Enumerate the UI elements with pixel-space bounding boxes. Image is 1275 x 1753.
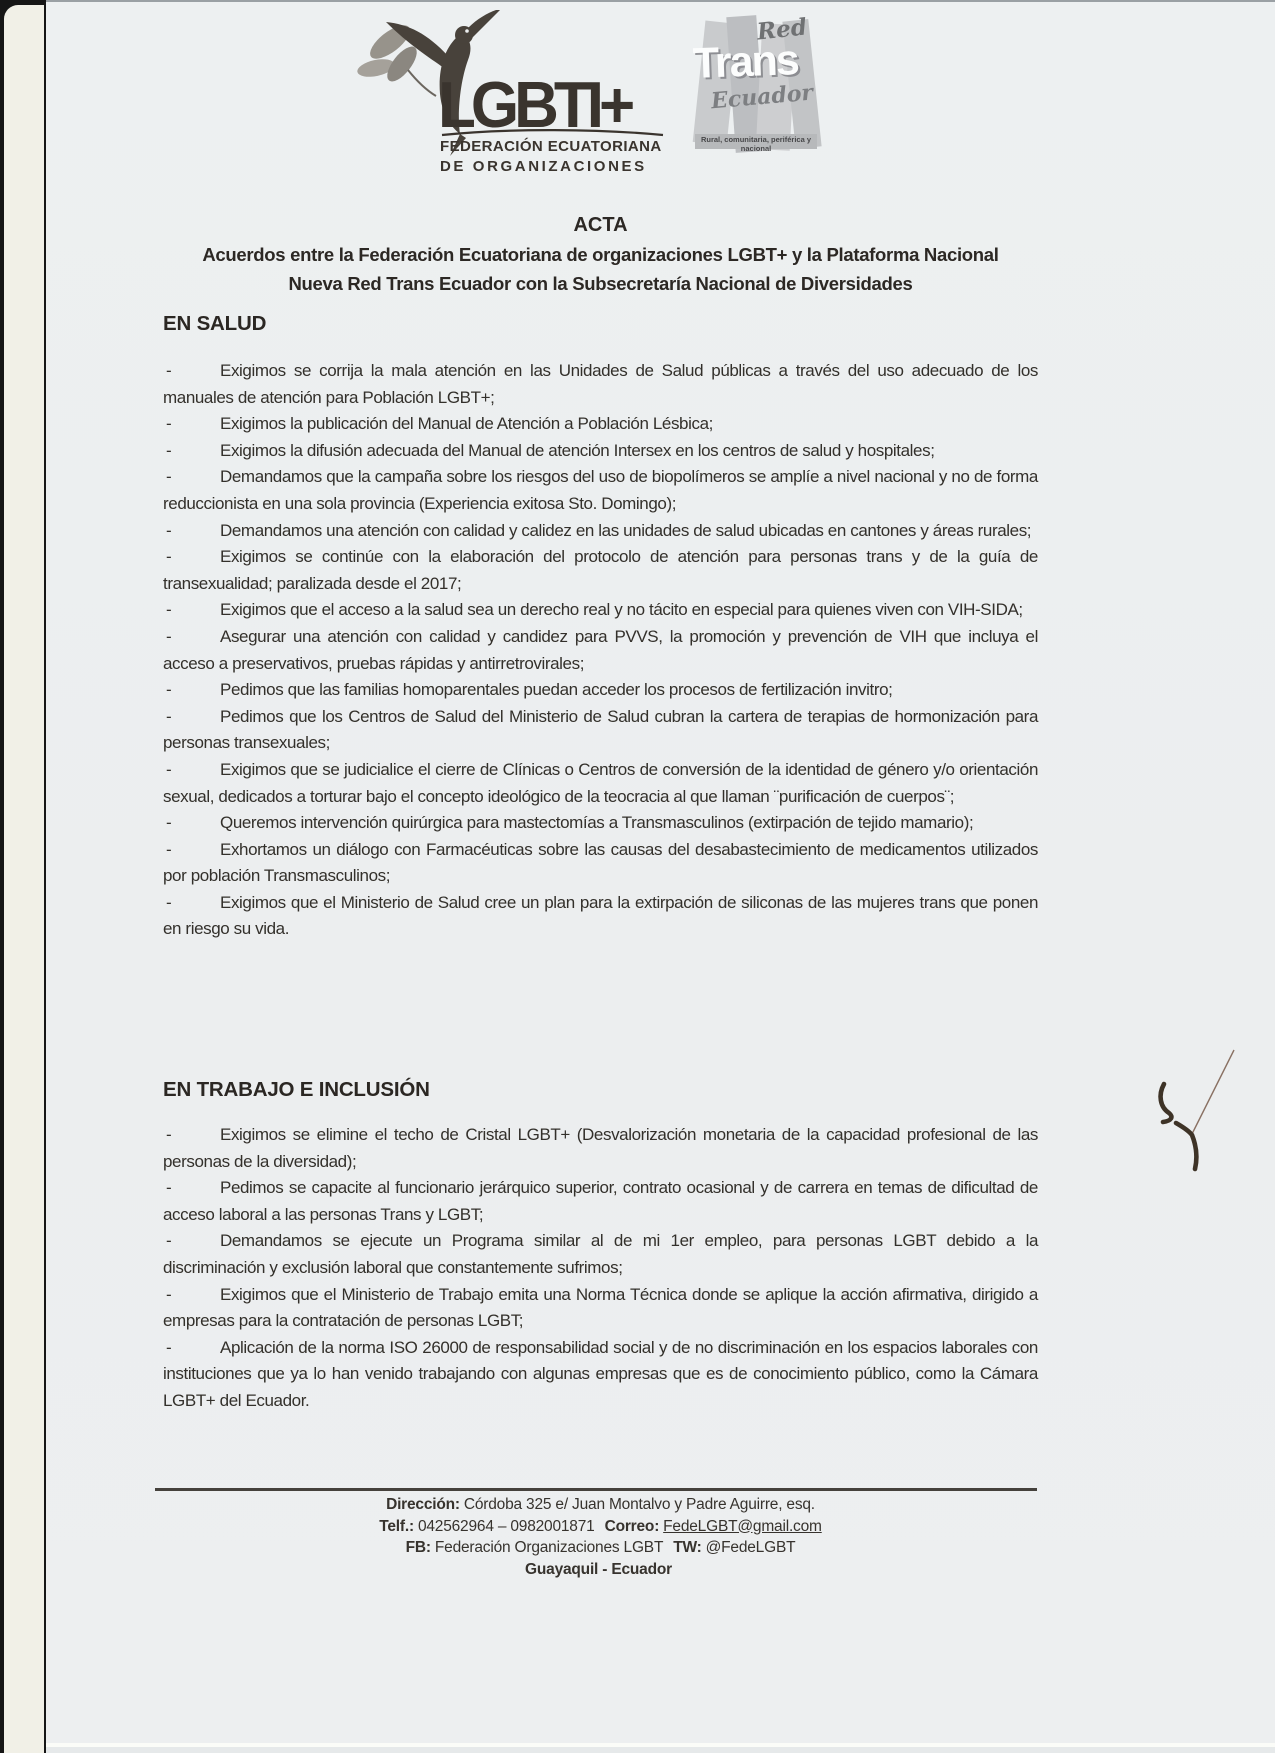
bullet-dash: - [166,890,171,917]
bullet-dash: - [166,438,171,465]
federation-logo: LGBTI+ FEDERACIÓN ECUATORIANA DE ORGANIZ… [350,8,680,188]
list-item: -Exigimos se corrija la mala atención en… [163,358,1038,411]
bullet-dash: - [166,358,171,385]
list-item-text: Demandamos que la campaña sobre los ries… [163,467,1038,513]
address-value: Córdoba 325 e/ Juan Montalvo y Padre Agu… [464,1496,815,1513]
fb-value: Federación Organizaciones LGBT [435,1539,663,1556]
list-item-text: Exigimos la publicación del Manual de At… [220,414,713,433]
bullet-dash: - [166,757,171,784]
logo-org-line2: DE ORGANIZACIONES [440,158,647,175]
list-item-text: Exigimos la difusión adecuada del Manual… [220,441,935,460]
bullet-dash: - [166,464,171,491]
bullet-dash: - [166,1175,171,1202]
list-item: -Exigimos que el Ministerio de Salud cre… [163,890,1038,943]
email-label: Correo: [605,1518,660,1535]
footer-address-line: Dirección:Córdoba 325 e/ Juan Montalvo y… [163,1494,1038,1516]
title-block: ACTA Acuerdos entre la Federación Ecuato… [163,210,1038,298]
bullet-dash: - [166,677,171,704]
footer-city: Guayaquil - Ecuador [163,1559,1034,1581]
list-item-text: Exigimos que el Ministerio de Salud cree… [163,893,1038,939]
document-subtitle-line2: Nueva Red Trans Ecuador con la Subsecret… [163,269,1038,298]
list-item-text: Exigimos se corrija la mala atención en … [163,361,1038,407]
handwritten-pen-mark [1133,1038,1273,1188]
document-subtitle-line1: Acuerdos entre la Federación Ecuatoriana… [163,240,1038,269]
list-item: -Exhortamos un diálogo con Farmacéuticas… [163,837,1038,890]
bullet-dash: - [166,411,171,438]
section-trabajo-list: -Exigimos se elimine el techo de Cristal… [163,1122,1038,1415]
list-item: -Aplicación de la norma ISO 26000 de res… [163,1335,1038,1415]
footer-social-line: FB:Federación Organizaciones LGBTTW:@Fed… [163,1537,1038,1559]
red-trans-ecuador-logo: Red Trans Ecuador Rural, comunitaria, pe… [693,14,821,166]
scanner-edge-strip [4,5,44,1753]
list-item-text: Demandamos una atención con calidad y ca… [220,521,1031,540]
list-item-text: Exigimos que se judicialice el cierre de… [163,760,1038,806]
list-item: -Exigimos se continúe con la elaboración… [163,544,1038,597]
list-item: -Exigimos se elimine el techo de Cristal… [163,1122,1038,1175]
list-item-text: Pedimos que las familias homoparentales … [220,680,892,699]
bullet-dash: - [166,1122,171,1149]
list-item-text: Pedimos se capacite al funcionario jerár… [163,1178,1038,1224]
phone-label: Telf.: [379,1518,414,1535]
list-item-text: Demandamos se ejecute un Programa simila… [163,1231,1038,1277]
list-item: -Pedimos que las familias homoparentales… [163,677,1038,704]
footer-contact-line: Telf.:042562964 – 0982001871Correo:FedeL… [163,1516,1038,1538]
list-item-text: Asegurar una atención con calidad y cand… [163,627,1038,673]
phone-value: 042562964 – 0982001871 [418,1518,595,1535]
list-item: -Exigimos que el Ministerio de Trabajo e… [163,1282,1038,1335]
footer: Dirección:Córdoba 325 e/ Juan Montalvo y… [163,1494,1038,1580]
list-item-text: Pedimos que los Centros de Salud del Min… [163,707,1038,753]
bullet-dash: - [166,597,171,624]
bullet-dash: - [166,544,171,571]
section-salud-list: -Exigimos se corrija la mala atención en… [163,358,1038,943]
section-heading-trabajo: EN TRABAJO E INCLUSIÓN [163,1078,430,1102]
bullet-dash: - [166,1335,171,1362]
list-item: -Demandamos que la campaña sobre los rie… [163,464,1038,517]
address-label: Dirección: [386,1496,460,1513]
document-title: ACTA [163,210,1038,240]
list-item-text: Exigimos se continúe con la elaboración … [163,547,1038,593]
bullet-dash: - [166,518,171,545]
section-heading-salud: EN SALUD [163,312,266,336]
list-item: -Demandamos se ejecute un Programa simil… [163,1228,1038,1281]
list-item-text: Exigimos que el acceso a la salud sea un… [220,600,1023,619]
tw-value: @FedeLGBT [706,1539,796,1556]
fb-label: FB: [406,1539,431,1556]
scanned-document-page: LGBTI+ FEDERACIÓN ECUATORIANA DE ORGANIZ… [0,0,1275,1753]
list-item: -Exigimos la difusión adecuada del Manua… [163,438,1038,465]
list-item: -Queremos intervención quirúrgica para m… [163,810,1038,837]
logo-tagline: Rural, comunitaria, periférica y naciona… [693,135,819,153]
bullet-dash: - [166,837,171,864]
list-item: -Pedimos se capacite al funcionario jerá… [163,1175,1038,1228]
scan-top-edge [46,0,1275,2]
logo-word-trans: Trans [692,36,798,89]
scan-bottom-edge [46,1747,1275,1753]
bullet-dash: - [166,624,171,651]
bullet-dash: - [166,1282,171,1309]
list-item-text: Aplicación de la norma ISO 26000 de resp… [163,1338,1038,1410]
list-item-text: Exigimos se elimine el techo de Cristal … [163,1125,1038,1171]
list-item: -Exigimos que se judicialice el cierre d… [163,757,1038,810]
email-link[interactable]: FedeLGBT@gmail.com [663,1518,822,1535]
list-item: -Exigimos la publicación del Manual de A… [163,411,1038,438]
bullet-dash: - [166,1228,171,1255]
logo-org-line1: FEDERACIÓN ECUATORIANA [440,138,662,155]
tw-label: TW: [673,1539,701,1556]
list-item-text: Exigimos que el Ministerio de Trabajo em… [163,1285,1038,1331]
list-item: -Demandamos una atención con calidad y c… [163,518,1038,545]
logo-underline-swoosh [440,126,665,138]
bullet-dash: - [166,810,171,837]
list-item: -Pedimos que los Centros de Salud del Mi… [163,704,1038,757]
list-item-text: Exhortamos un diálogo con Farmacéuticas … [163,840,1038,886]
list-item: -Asegurar una atención con calidad y can… [163,624,1038,677]
list-item-text: Queremos intervención quirúrgica para ma… [220,813,973,832]
bullet-dash: - [166,704,171,731]
list-item: -Exigimos que el acceso a la salud sea u… [163,597,1038,624]
footer-divider [155,1488,1037,1491]
